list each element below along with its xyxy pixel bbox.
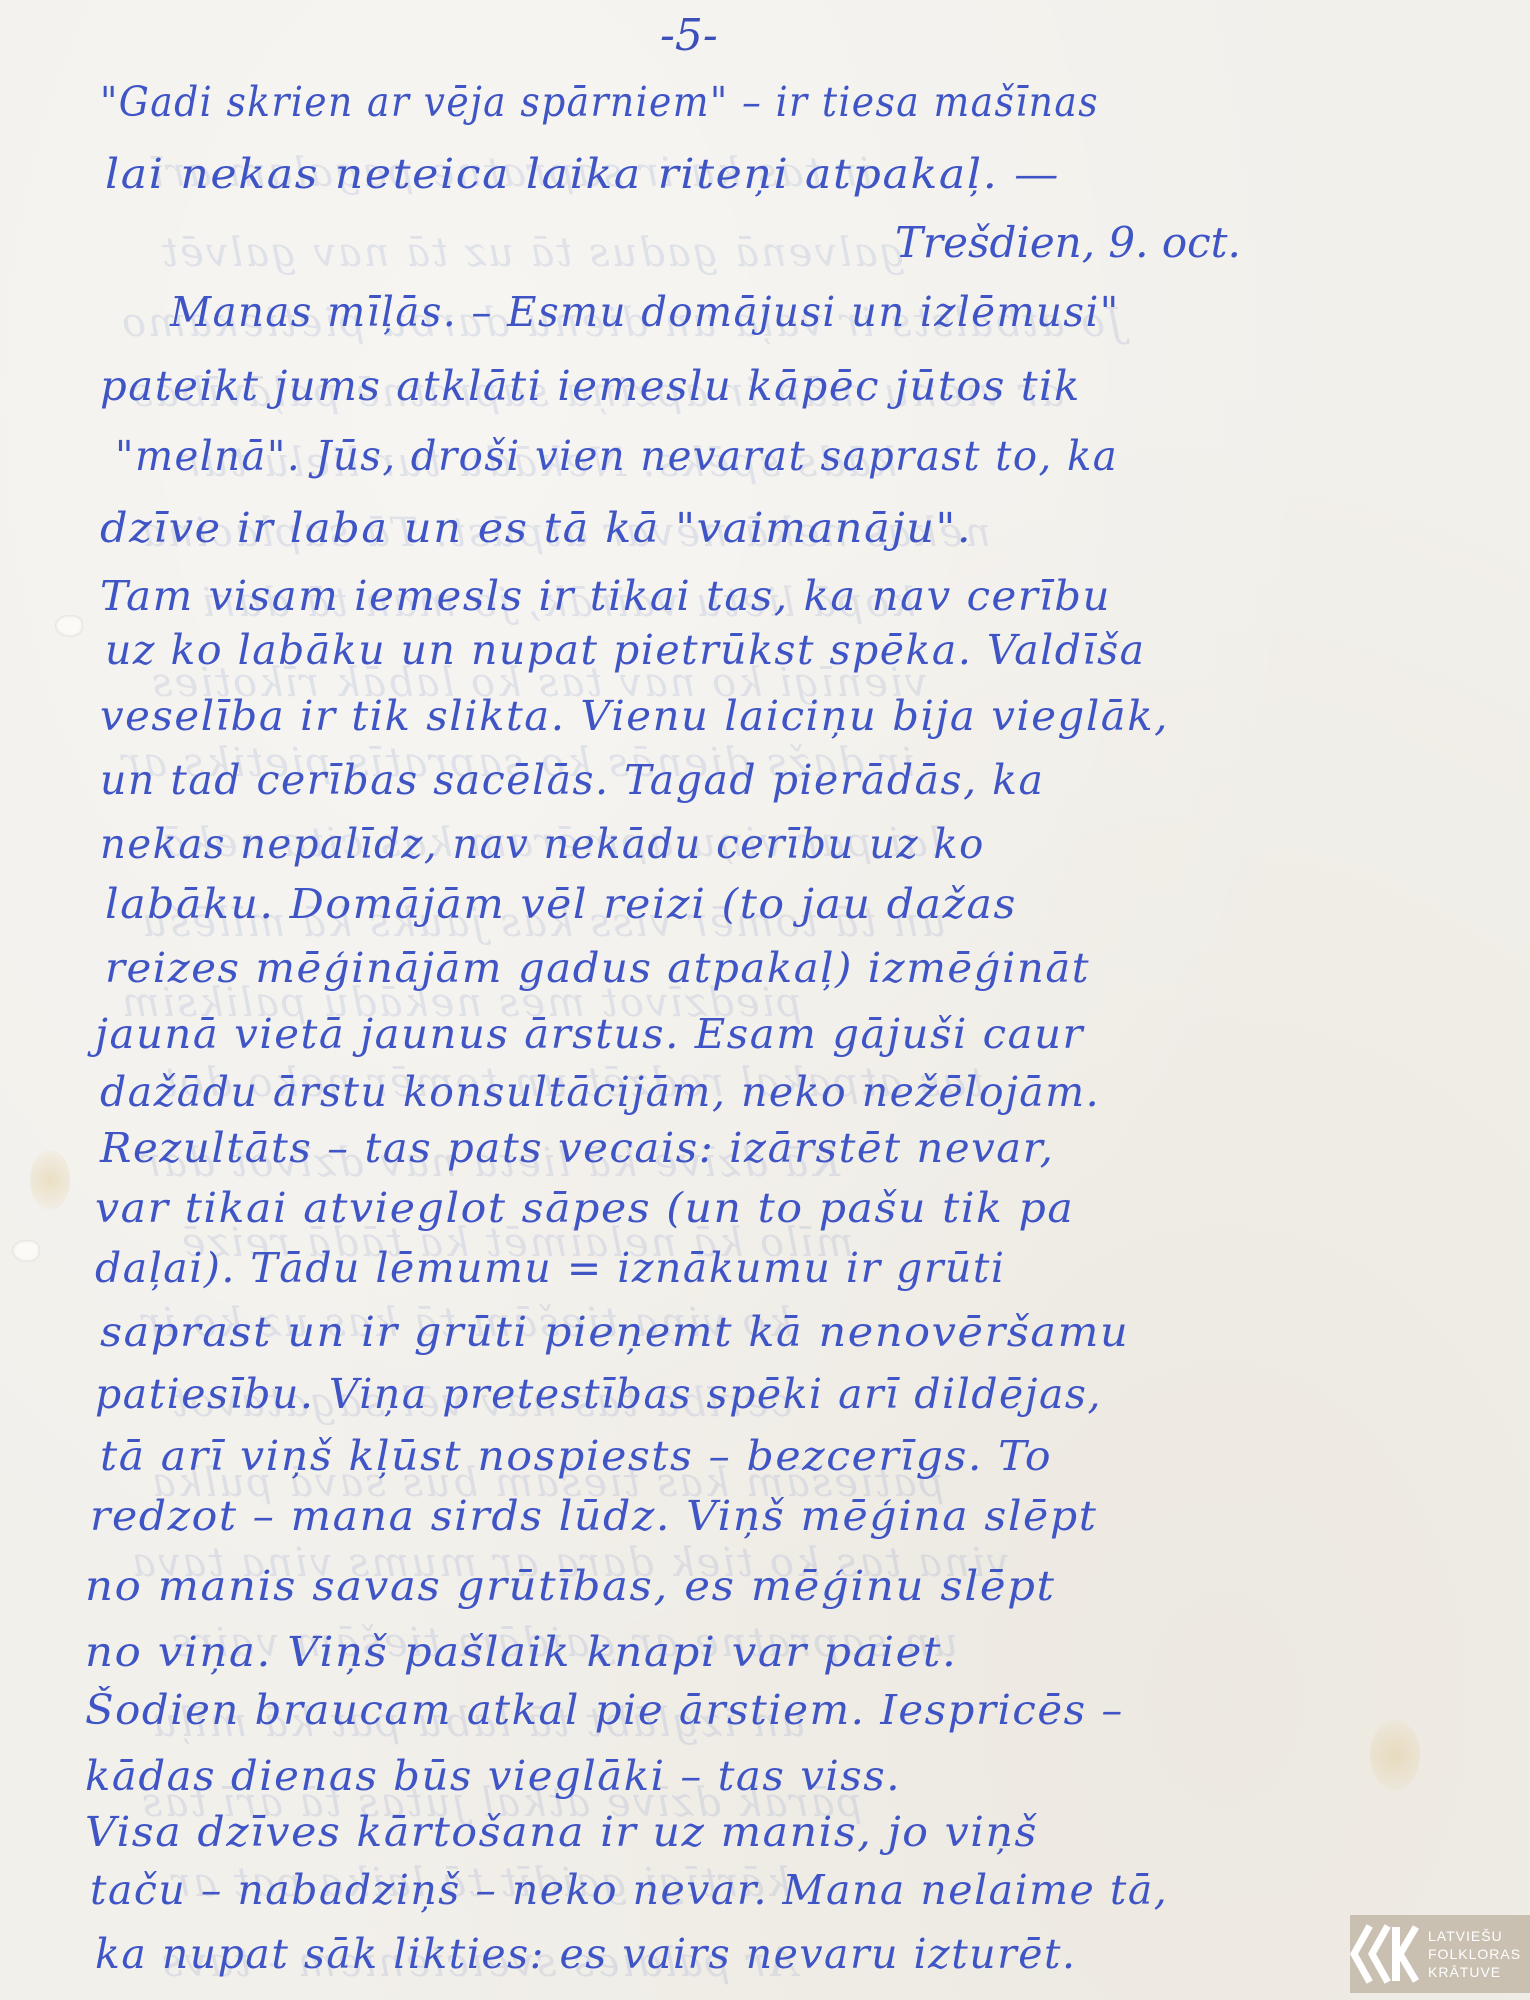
text-line: un tad cerības sacēlās. Tagad pierādās, … xyxy=(100,756,1044,804)
text-line: dzīve ir laba un es tā kā "vaimanāju". xyxy=(100,504,972,552)
text-line: kādas dienas būs vieglāki – tas viss. xyxy=(85,1752,901,1800)
text-line: reizes mēģinājām gadus atpakaļ) izmēģinā… xyxy=(105,944,1090,992)
stain-left xyxy=(30,1150,70,1210)
text-line: redzot – mana sirds lūdz. Viņš mēģina sl… xyxy=(90,1492,1097,1540)
text-line: Rezultāts – tas pats vecais: izārstēt ne… xyxy=(100,1124,1054,1172)
text-line: veselība ir tik slikta. Vienu laiciņu bi… xyxy=(100,692,1169,740)
archive-watermark: LATVIEŠU FOLKLORAS KRĀTUVE xyxy=(1350,1915,1530,1993)
watermark-text: LATVIEŠU FOLKLORAS KRĀTUVE xyxy=(1422,1927,1521,1981)
punch-hole-top xyxy=(55,615,83,637)
text-line: tā arī viņš kļūst nospiests – bezcerīgs.… xyxy=(100,1432,1052,1480)
watermark-line-3: KRĀTUVE xyxy=(1428,1963,1521,1981)
text-line: var tikai atvieglot sāpes (un to pašu ti… xyxy=(95,1184,1074,1232)
text-line: "Gadi skrien ar vēja spārniem" – ir ties… xyxy=(100,78,1099,126)
text-line: saprast un ir grūti pieņemt kā nenovērša… xyxy=(100,1308,1129,1356)
text-line: taču – nabadziņš – neko nevar. Mana nela… xyxy=(90,1866,1168,1914)
text-line: patiesību. Viņa pretestības spēki arī di… xyxy=(95,1370,1102,1418)
text-line: no viņa. Viņš pašlaik knapi var paiet. xyxy=(85,1628,957,1676)
watermark-line-1: LATVIEŠU xyxy=(1428,1927,1521,1945)
scanned-letter-page: ir tas ka ir sapratne pagalam arī galven… xyxy=(0,0,1530,2000)
text-line: dažādu ārstu konsultācijām, neko nežēloj… xyxy=(100,1068,1100,1116)
text-line: "melnā". Jūs, droši vien nevarat saprast… xyxy=(115,432,1118,480)
watermark-line-2: FOLKLORAS xyxy=(1428,1945,1521,1963)
date-heading: Trešdien, 9. oct. xyxy=(895,218,1241,267)
text-line: pateikt jums atklāti iemeslu kāpēc jūtos… xyxy=(100,362,1081,410)
text-line: lai nekas neteica laika riteņi atpakaļ. … xyxy=(105,150,1060,198)
stain-right xyxy=(1370,1720,1420,1790)
text-line: jaunā vietā jaunus ārstus. Esam gājuši c… xyxy=(95,1010,1084,1058)
text-line: daļai). Tādu lēmumu = iznākumu ir grūti xyxy=(95,1244,1005,1292)
text-line: nekas nepalīdz, nav nekādu cerību uz ko xyxy=(100,820,985,868)
text-line: Visa dzīves kārtošana ir uz manis, jo vi… xyxy=(85,1808,1038,1856)
text-line: ka nupat sāk likties: es vairs nevaru iz… xyxy=(95,1930,1077,1978)
text-line: Manas mīļās. – Esmu domājusi un izlēmusi… xyxy=(170,288,1120,336)
text-line: Tam visam iemesls ir tikai tas, ka nav c… xyxy=(100,572,1111,620)
lfk-logo-icon xyxy=(1350,1915,1422,1993)
page-number: -5- xyxy=(660,10,718,61)
text-line: Šodien braucam atkal pie ārstiem. Iespri… xyxy=(85,1686,1124,1734)
text-line: uz ko labāku un nupat pietrūkst spēka. V… xyxy=(105,626,1146,674)
punch-hole-bottom xyxy=(12,1240,40,1262)
text-line: labāku. Domājām vēl reizi (to jau dažas xyxy=(105,880,1017,928)
text-line: no manis savas grūtības, es mēģinu slēpt xyxy=(85,1562,1056,1610)
